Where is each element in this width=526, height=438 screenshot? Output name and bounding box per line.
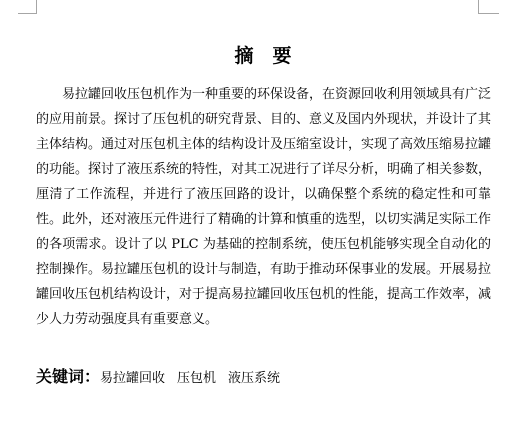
text-boundary-mark-top-left — [18, 0, 37, 14]
text-boundary-mark-top-right — [478, 0, 499, 14]
keywords-label: 关键词： — [36, 367, 100, 386]
keyword-item: 易拉罐回收 — [100, 371, 165, 386]
keyword-item: 压包机 — [177, 371, 216, 386]
keyword-item: 液压系统 — [228, 371, 280, 386]
abstract-title: 摘 要 — [36, 44, 490, 68]
keywords-line: 关键词：易拉罐回收压包机液压系统 — [36, 364, 491, 387]
abstract-paragraph: 易拉罐回收压包机作为一种重要的环保设备，在资源回收利用领域具有广泛的应用前景。探… — [36, 82, 491, 332]
document-page: 摘 要 易拉罐回收压包机作为一种重要的环保设备，在资源回收利用领域具有广泛的应用… — [0, 0, 526, 438]
